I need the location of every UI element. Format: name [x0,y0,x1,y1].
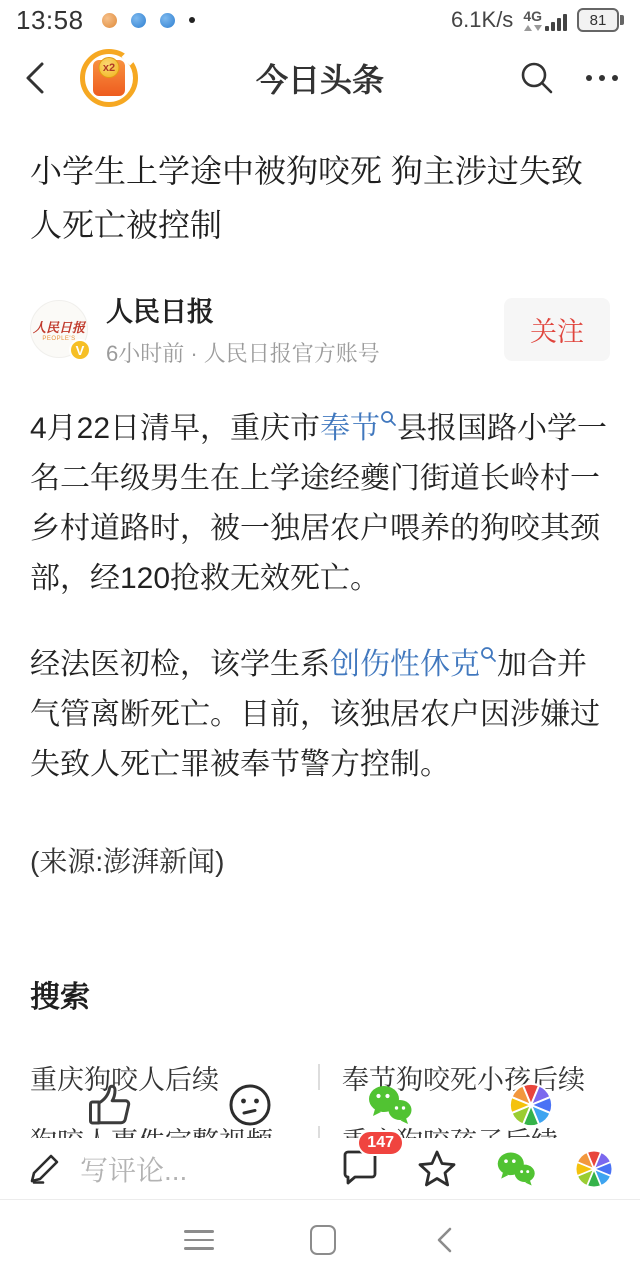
entity-link-traumatic-shock[interactable]: 创伤性休克 [330,648,480,681]
wechat-icon [494,1149,538,1189]
comment-count-badge: 147 [357,1130,404,1156]
nav-back-button[interactable] [432,1224,456,1256]
signal-indicator: 4G [523,9,567,31]
comment-placeholder: 写评论... [80,1149,187,1189]
author-avatar[interactable]: 人民日报 PEOPLE'S V [30,300,88,358]
neutral-face-icon [227,1082,273,1128]
toutiao-notification-icon [102,13,117,28]
author-name[interactable]: 人民日报 [106,290,380,329]
menu-lines-icon [184,1230,214,1233]
comments-button[interactable]: 147 [340,1146,380,1191]
signal-bars-icon [545,13,567,31]
back-chevron-icon [22,58,48,98]
write-comment-field[interactable]: 写评论... [26,1149,187,1189]
author-row: 人民日报 PEOPLE'S V 人民日报 6小时前 · 人民日报官方账号 关注 [30,290,610,368]
star-icon [416,1148,458,1190]
wechat-icon [365,1082,415,1128]
x2-coin-badge: x2 [99,57,120,78]
share-wechat-button[interactable] [494,1149,538,1189]
paragraph-2: 经法医初检，该学生系创伤性休克加合并气管离断死亡。目前，该独居农户因涉嫌过失致人… [30,640,610,790]
network-type-label: 4G [523,9,542,23]
paragraph-1: 4月22日清早，重庆市奉节县报国路小学一名二年级男生在上学途经夔门街道长岭村一乡… [30,404,610,604]
like-button[interactable] [86,1081,134,1129]
app-header: x2 今日头条 [0,40,640,116]
article-source: (来源:澎湃新闻) [30,840,610,880]
nav-back-chevron-icon [432,1224,456,1256]
entity-search-icon[interactable] [380,410,397,427]
screen: 13:58 6.1K/s 4G 81 [0,0,640,1280]
wechat-moments-icon [574,1149,614,1189]
status-time: 13:58 [16,5,84,36]
android-nav-bar [0,1200,640,1280]
status-bar: 13:58 6.1K/s 4G 81 [0,0,640,40]
search-button[interactable] [518,59,556,97]
thumbs-up-icon [86,1081,134,1129]
recent-apps-button[interactable] [184,1230,214,1250]
search-icon [518,59,556,97]
favorite-button[interactable] [416,1148,458,1190]
battery-icon: 81 [577,8,624,32]
more-notifications-dot [189,17,195,23]
entity-link-fengjie[interactable]: 奉节 [320,412,380,445]
pencil-icon [26,1151,62,1187]
comment-bar: 写评论... 147 [0,1138,640,1200]
app-notification-icon [131,13,146,28]
share-moments-button[interactable] [508,1082,554,1128]
ellipsis-icon [586,75,592,81]
author-meta: 6小时前 · 人民日报官方账号 [106,337,380,368]
data-arrows-icon [524,25,542,31]
avatar-masthead-text: 人民日报 [33,317,85,336]
share-moments-button[interactable] [574,1149,614,1189]
share-wechat-button[interactable] [365,1082,415,1128]
more-options-button[interactable] [586,56,618,100]
wechat-moments-icon [508,1082,554,1128]
notification-icons [102,13,195,28]
red-packet-reward-badge[interactable]: x2 [80,49,138,107]
emoji-reaction-button[interactable] [227,1082,273,1128]
verified-badge-icon: V [69,339,91,361]
network-speed: 6.1K/s [451,7,513,33]
back-button[interactable] [22,56,62,100]
search-section-heading: 搜索 [30,972,610,1016]
article-title: 小学生上学途中被狗咬死 狗主涉过失致人死亡被控制 [30,144,610,252]
follow-button[interactable]: 关注 [504,298,610,361]
home-button[interactable] [310,1225,336,1255]
article-content: 小学生上学途中被狗咬死 狗主涉过失致人死亡被控制 人民日报 PEOPLE'S V… [0,144,640,1232]
app-notification-icon [160,13,175,28]
reaction-share-row [0,1072,640,1138]
entity-search-icon[interactable] [480,646,497,663]
battery-percent: 81 [577,8,619,32]
